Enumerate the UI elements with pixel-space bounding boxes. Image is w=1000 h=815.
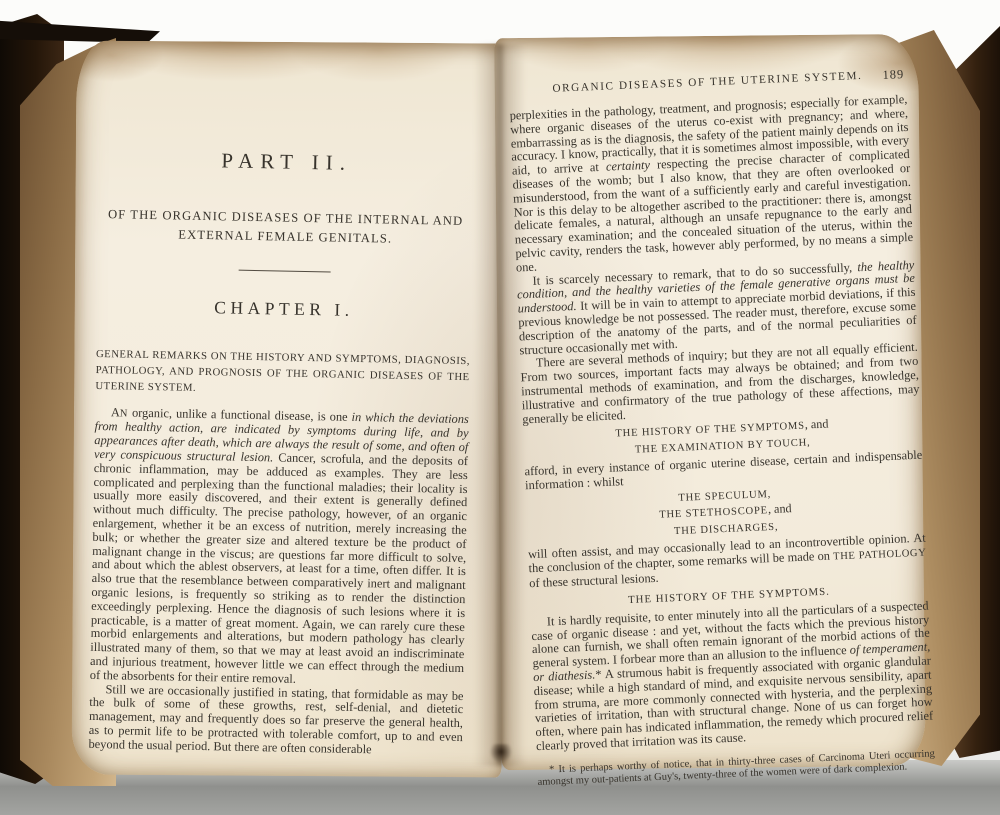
part-subtitle: OF THE ORGANIC DISEASES OF THE INTERNAL … (98, 205, 473, 250)
paragraph: There are several methods of inquiry; bu… (520, 341, 921, 427)
chapter-synopsis: GENERAL REMARKS ON THE HISTORY AND SYMPT… (95, 346, 470, 402)
text-segment: Still we are occasionally justified in s… (88, 682, 463, 756)
text-segment: A (111, 405, 120, 419)
section-divider (239, 269, 331, 272)
text-segment: Cancer, scrofula, and the deposits of ch… (90, 450, 468, 685)
paragraph: It is hardly requisite, to enter minutel… (531, 599, 934, 754)
right-page-content: ORGANIC DISEASES OF THE UTERINE SYSTEM. … (508, 68, 935, 789)
chapter-title: CHAPTER I. (97, 295, 471, 323)
text-segment: PART II. (221, 148, 352, 175)
text-segment: GENERAL REMARKS ON THE HISTORY AND SYMPT… (95, 348, 470, 394)
text-segment: , and (804, 417, 828, 432)
text-segment: THE PATHOLOGY (833, 548, 927, 563)
text-segment: CHAPTER I. (214, 297, 354, 320)
right-page-body: perplexities in the pathology, treatment… (509, 93, 935, 789)
text-segment: THE SPECULUM, (678, 489, 771, 504)
text-segment: , and (768, 502, 792, 517)
text-segment: THE DISCHARGES, (674, 522, 779, 537)
text-segment: OF THE ORGANIC DISEASES OF THE INTERNAL … (108, 207, 463, 245)
paragraph: Still we are occasionally justified in s… (88, 682, 463, 758)
open-book: PART II.OF THE ORGANIC DISEASES OF THE I… (0, 4, 1000, 796)
left-page-content: PART II.OF THE ORGANIC DISEASES OF THE I… (88, 146, 474, 759)
paragraph: AN organic, unlike a functional disease,… (90, 406, 469, 690)
gutter-bottom-shadow (486, 744, 516, 770)
paragraph: perplexities in the pathology, treatment… (509, 93, 914, 275)
page-number: 189 (882, 67, 904, 83)
